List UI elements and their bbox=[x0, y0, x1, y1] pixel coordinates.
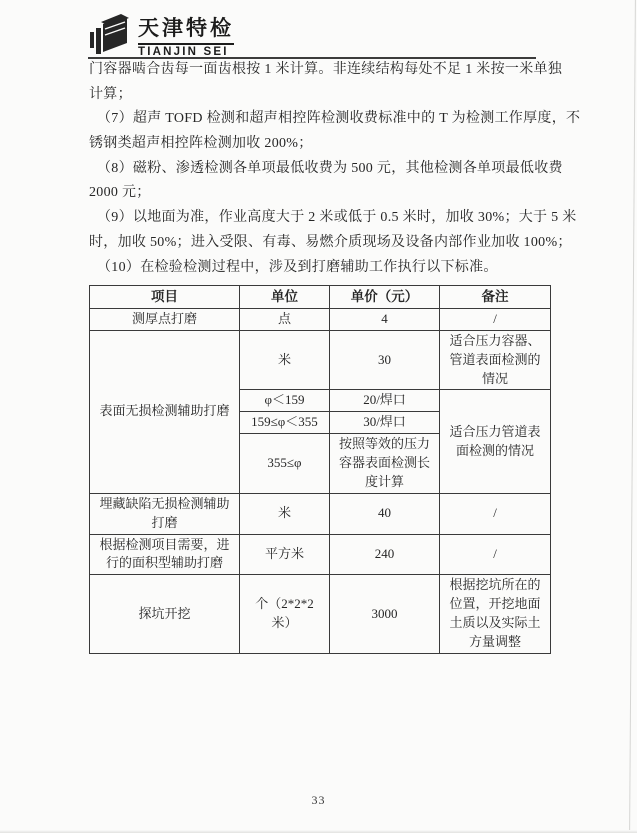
document-page: 天津特检 TIANJIN SEI 门容器啮合齿每一面齿根按 1 米计算。非连续结… bbox=[0, 0, 637, 833]
cell-unit: 米 bbox=[240, 493, 330, 534]
cell-unit: 159≤φ＜355 bbox=[240, 412, 330, 434]
cell-note: / bbox=[440, 309, 551, 331]
cell-item: 测厚点打磨 bbox=[90, 309, 240, 331]
cell-item: 探坑开挖 bbox=[90, 575, 240, 653]
cell-item: 表面无损检测辅助打磨 bbox=[90, 330, 240, 493]
cell-price: 30/焊口 bbox=[330, 412, 440, 434]
cell-note: 适合压力管道表面检测的情况 bbox=[440, 390, 551, 494]
cell-unit: 点 bbox=[240, 309, 330, 331]
cell-note: / bbox=[440, 493, 551, 534]
header-unit: 单位 bbox=[240, 286, 330, 309]
body-line: 计算； bbox=[89, 83, 554, 108]
cell-item: 根据检测项目需要，进行的面积型辅助打磨 bbox=[90, 534, 240, 575]
cell-price: 4 bbox=[330, 309, 440, 331]
cell-unit: 平方米 bbox=[240, 534, 330, 575]
cell-price: 20/焊口 bbox=[330, 390, 440, 412]
cell-price: 40 bbox=[330, 493, 440, 534]
cell-item: 埋藏缺陷无损检测辅助打磨 bbox=[90, 493, 240, 534]
table-row: 测厚点打磨 点 4 / bbox=[90, 309, 551, 331]
tianjin-sei-logo-icon bbox=[88, 12, 132, 57]
cell-note: / bbox=[440, 534, 551, 575]
cell-unit: 355≤φ bbox=[240, 434, 330, 494]
cell-price: 按照等效的压力容器表面检测长度计算 bbox=[330, 434, 440, 494]
body-line: 锈钢类超声相控阵检测加收 200%； bbox=[89, 132, 554, 157]
body-line: （10）在检验检测过程中，涉及到打磨辅助工作执行以下标准。 bbox=[89, 256, 554, 281]
cell-unit: 米 bbox=[240, 330, 330, 390]
body-line: （9）以地面为准，作业高度大于 2 米或低于 0.5 米时，加收 30%；大于 … bbox=[89, 206, 554, 231]
header-note: 备注 bbox=[440, 286, 551, 309]
logo-text: 天津特检 TIANJIN SEI bbox=[138, 12, 234, 58]
body-text: 门容器啮合齿每一面齿根按 1 米计算。非连续结构每处不足 1 米按一米单独 计算… bbox=[89, 58, 554, 280]
cell-unit: φ＜159 bbox=[240, 390, 330, 412]
letterhead: 天津特检 TIANJIN SEI bbox=[88, 12, 234, 58]
cell-note: 根据挖坑所在的位置，开挖地面土质以及实际土方量调整 bbox=[440, 575, 551, 653]
table-row: 埋藏缺陷无损检测辅助打磨 米 40 / bbox=[90, 493, 551, 534]
table-row: 根据检测项目需要，进行的面积型辅助打磨 平方米 240 / bbox=[90, 534, 551, 575]
cell-price: 3000 bbox=[330, 575, 440, 653]
logo: 天津特检 TIANJIN SEI bbox=[88, 12, 234, 58]
logo-chinese-name: 天津特检 bbox=[138, 12, 234, 45]
fee-table: 项目 单位 单价（元） 备注 测厚点打磨 点 4 / 表面无损检测辅助打磨 米 … bbox=[89, 285, 551, 654]
page-number: 33 bbox=[0, 793, 637, 808]
scan-edge bbox=[629, 0, 636, 833]
cell-unit: 个（2*2*2 米） bbox=[240, 575, 330, 653]
body-line: 时，加收 50%；进入受限、有毒、易燃介质现场及设备内部作业加收 100%； bbox=[89, 231, 554, 256]
table-row: 表面无损检测辅助打磨 米 30 适合压力容器、管道表面检测的情况 bbox=[90, 330, 551, 390]
header-item: 项目 bbox=[90, 286, 240, 309]
cell-price: 30 bbox=[330, 330, 440, 390]
body-line: 2000 元； bbox=[89, 181, 554, 206]
body-line: 门容器啮合齿每一面齿根按 1 米计算。非连续结构每处不足 1 米按一米单独 bbox=[89, 58, 554, 83]
table-row: 探坑开挖 个（2*2*2 米） 3000 根据挖坑所在的位置，开挖地面土质以及实… bbox=[90, 575, 551, 653]
body-line: （8）磁粉、渗透检测各单项最低收费为 500 元，其他检测各单项最低收费 bbox=[89, 157, 554, 182]
body-line: （7）超声 TOFD 检测和超声相控阵检测收费标准中的 T 为检测工作厚度，不 bbox=[89, 107, 554, 132]
cell-note: 适合压力容器、管道表面检测的情况 bbox=[440, 330, 551, 390]
table-header-row: 项目 单位 单价（元） 备注 bbox=[90, 286, 551, 309]
header-price: 单价（元） bbox=[330, 286, 440, 309]
cell-price: 240 bbox=[330, 534, 440, 575]
